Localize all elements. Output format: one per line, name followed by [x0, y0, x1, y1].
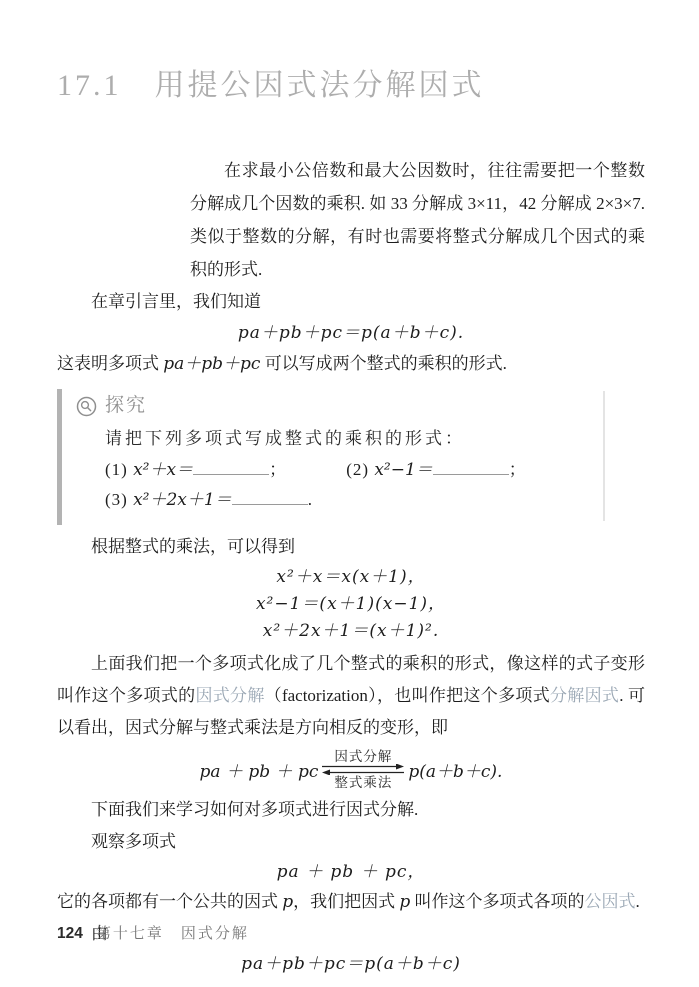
formula-pa-pb-pc-2: pa ＋ pb ＋ pc，: [57, 858, 645, 886]
explore-item-1: (1) x²＋x＝；: [105, 455, 342, 485]
study-line-2: 观察多项式: [57, 826, 645, 858]
magnifier-circle-icon: [76, 396, 97, 417]
arrow-formula-right: p(a＋b＋c).: [408, 757, 502, 782]
item-punct: .: [308, 490, 312, 509]
equation-3: x²＋2x＋1＝(x＋1)².: [57, 618, 645, 645]
bidirectional-arrow-formula: pa ＋ pb ＋ pc 因式分解 整式乘法 p(a＋b＋c).: [57, 746, 645, 792]
explore-box-right-rule: [603, 391, 605, 521]
explore-item-3: (3) x²＋2x＋1＝.: [105, 490, 312, 509]
explore-body: 请把下列多项式写成整式的乘积的形式： (1) x²＋x＝； (2) x²−1＝；…: [76, 422, 645, 515]
chapter-label: 第十七章 因式分解: [96, 922, 249, 943]
after-formula-line: 这表明多项式 pa＋pb＋pc 可以写成两个整式的乘积的形式.: [57, 348, 645, 380]
item-expression: x²−1＝: [374, 460, 432, 480]
formula-pa-pb-pc: pa＋pb＋pc＝p(a＋b＋c).: [57, 319, 645, 347]
explore-title: 探究: [105, 392, 147, 420]
text-segment: 叫作这个多项式各项的: [410, 892, 584, 911]
factorization-paragraph: 上面我们把一个多项式化成了几个整式的乘积的形式，像这样的式子变形叫作这个多项式的…: [57, 648, 645, 744]
answer-blank: [433, 461, 509, 475]
formula-text: pa＋pb＋pc＝p(a＋b＋c).: [238, 323, 464, 343]
page-number: 124: [57, 925, 83, 943]
text-segment: 可以写成两个整式的乘积的形式.: [260, 354, 507, 373]
item-number: (1): [105, 460, 133, 479]
equation-1: x²＋x＝x(x＋1)，: [57, 564, 645, 591]
text-segment: 这表明多项式: [57, 354, 163, 373]
formula-text: pa ＋ pb ＋ pc，: [277, 862, 426, 882]
study-line-1: 下面我们来学习如何对多项式进行因式分解.: [57, 794, 645, 826]
item-number: (2): [346, 460, 374, 479]
section-title: 17.1 用提公因式法分解因式: [57, 60, 645, 104]
term-factorization: 因式分解: [195, 686, 264, 705]
text-segment: .: [636, 892, 640, 911]
explore-header: 探究: [76, 392, 645, 420]
item-expression: x²＋2x＋1＝: [133, 490, 232, 510]
item-punct: ；: [509, 460, 526, 479]
term-common-factor: 公因式: [585, 892, 636, 911]
double-arrow-icon: [320, 764, 406, 775]
lead-in-line: 在章引言里，我们知道: [57, 286, 645, 318]
answer-blank: [232, 491, 308, 505]
intro-paragraph: 在求最小公倍数和最大公因数时，往往需要把一个整数分解成几个因数的乘积. 如 33…: [190, 154, 645, 286]
final-formula: pa＋pb＋pc＝p(a＋b＋c): [57, 950, 645, 978]
term-factorize: 分解因式: [550, 686, 619, 705]
inline-math: p: [399, 892, 410, 912]
arrow-stack: 因式分解 整式乘法: [320, 749, 406, 790]
answer-blank: [193, 461, 269, 475]
arrow-formula-left: pa ＋ pb ＋ pc: [200, 757, 319, 782]
explore-item-row-1: (1) x²＋x＝； (2) x²−1＝；: [105, 455, 645, 485]
page-content: 17.1 用提公因式法分解因式 在求最小公倍数和最大公因数时，往往需要把一个整数…: [0, 60, 699, 978]
common-factor-paragraph: 它的各项都有一个公共的因式 p，我们把因式 p 叫作这个多项式各项的公因式.: [57, 886, 645, 918]
explore-item-row-2: (3) x²＋2x＋1＝.: [105, 485, 645, 515]
page-footer: 124 第十七章 因式分解: [57, 922, 249, 943]
inline-math: p: [282, 892, 293, 912]
arrow-bottom-label: 整式乘法: [334, 775, 392, 790]
explore-item-2: (2) x²−1＝；: [346, 460, 526, 479]
text-segment: ，我们把因式: [293, 892, 399, 911]
item-punct: ；: [269, 460, 286, 479]
derivation-lead: 根据整式的乘法，可以得到: [57, 531, 645, 563]
arrow-top-label: 因式分解: [334, 749, 392, 764]
text-segment: （factorization），也叫作把这个多项式: [265, 686, 550, 705]
item-expression: x²＋x＝: [133, 460, 193, 480]
equation-list: x²＋x＝x(x＋1)， x²−1＝(x＋1)(x−1)， x²＋2x＋1＝(x…: [57, 564, 645, 645]
item-number: (3): [105, 490, 133, 509]
explore-box: 探究 请把下列多项式写成整式的乘积的形式： (1) x²＋x＝； (2) x²−…: [57, 389, 645, 525]
formula-text: pa＋pb＋pc＝p(a＋b＋c): [241, 954, 461, 974]
text-segment: 它的各项都有一个公共的因式: [57, 892, 282, 911]
explore-prompt: 请把下列多项式写成整式的乘积的形式：: [105, 422, 645, 455]
inline-math: pa＋pb＋pc: [163, 354, 260, 374]
equation-2: x²−1＝(x＋1)(x−1)，: [57, 591, 645, 618]
